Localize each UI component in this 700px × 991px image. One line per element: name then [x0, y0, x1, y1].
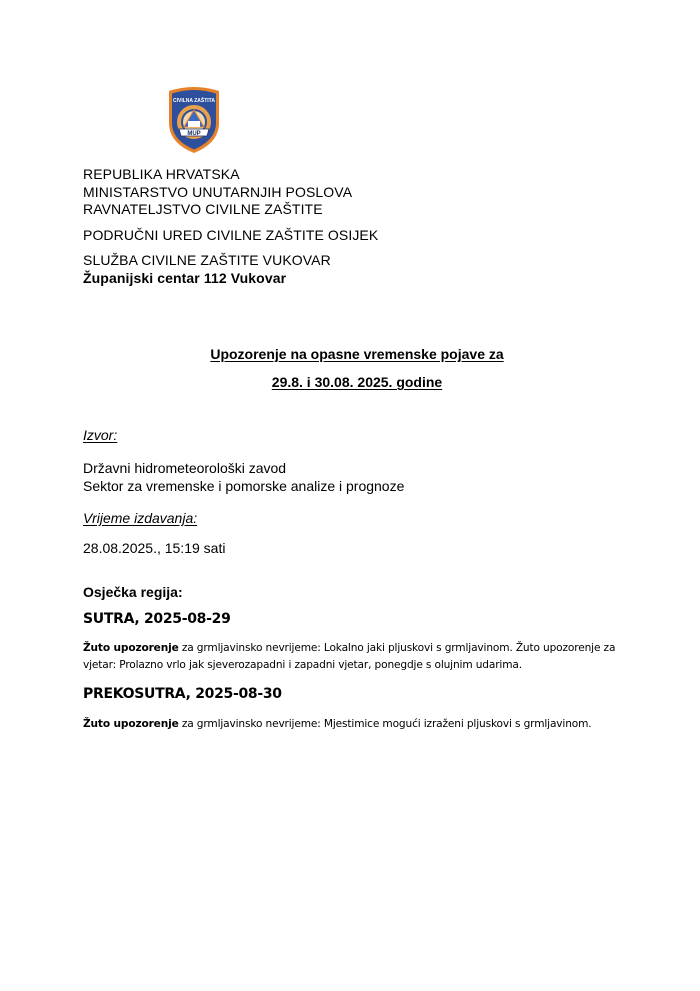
svg-text:MUP: MUP — [187, 131, 200, 137]
header-regional-office: PODRUČNI URED CIVILNE ZAŠTITE OSIJEK — [83, 227, 378, 245]
region-label: Osječka regija: — [83, 584, 183, 600]
document-page: MUP CIVILNA ZAŠTITA REPUBLIKA HRVATSKA M… — [0, 0, 700, 991]
document-title-line1: Upozorenje na opasne vremenske pojave za — [7, 346, 700, 362]
warning-level-label: Žuto upozorenje — [83, 642, 179, 654]
source-line-2: Sektor za vremenske i pomorske analize i… — [83, 478, 404, 496]
forecast-heading-day-after: PREKOSUTRA, 2025-08-30 — [83, 686, 282, 702]
source-line-1: Državni hidrometeorološki zavod — [83, 460, 404, 478]
document-title-line2: 29.8. i 30.08. 2025. godine — [7, 374, 700, 390]
source-label: Izvor: — [83, 427, 117, 445]
header-line-directorate: RAVNATELJSTVO CIVILNE ZAŠTITE — [83, 201, 378, 219]
svg-text:CIVILNA ZAŠTITA: CIVILNA ZAŠTITA — [173, 96, 215, 104]
header-center: Županijski centar 112 Vukovar — [83, 270, 378, 288]
header-line-republic: REPUBLIKA HRVATSKA — [83, 166, 378, 184]
header-service: SLUŽBA CIVILNE ZAŠTITE VUKOVAR — [83, 252, 378, 270]
institution-header: REPUBLIKA HRVATSKA MINISTARSTVO UNUTARNJ… — [83, 166, 378, 287]
civil-protection-shield-icon: MUP CIVILNA ZAŠTITA — [166, 85, 222, 155]
issued-value: 28.08.2025., 15:19 sati — [83, 540, 225, 558]
issued-label: Vrijeme izdavanja: — [83, 510, 197, 528]
source-organization: Državni hidrometeorološki zavod Sektor z… — [83, 460, 404, 495]
header-line-ministry: MINISTARSTVO UNUTARNJIH POSLOVA — [83, 184, 378, 202]
warning-level-label: Žuto upozorenje — [83, 718, 179, 730]
forecast-heading-tomorrow: SUTRA, 2025-08-29 — [83, 611, 231, 627]
forecast-text-day-after: Žuto upozorenje za grmljavinsko nevrijem… — [83, 716, 628, 733]
forecast-text-tomorrow: Žuto upozorenje za grmljavinsko nevrijem… — [83, 640, 628, 674]
